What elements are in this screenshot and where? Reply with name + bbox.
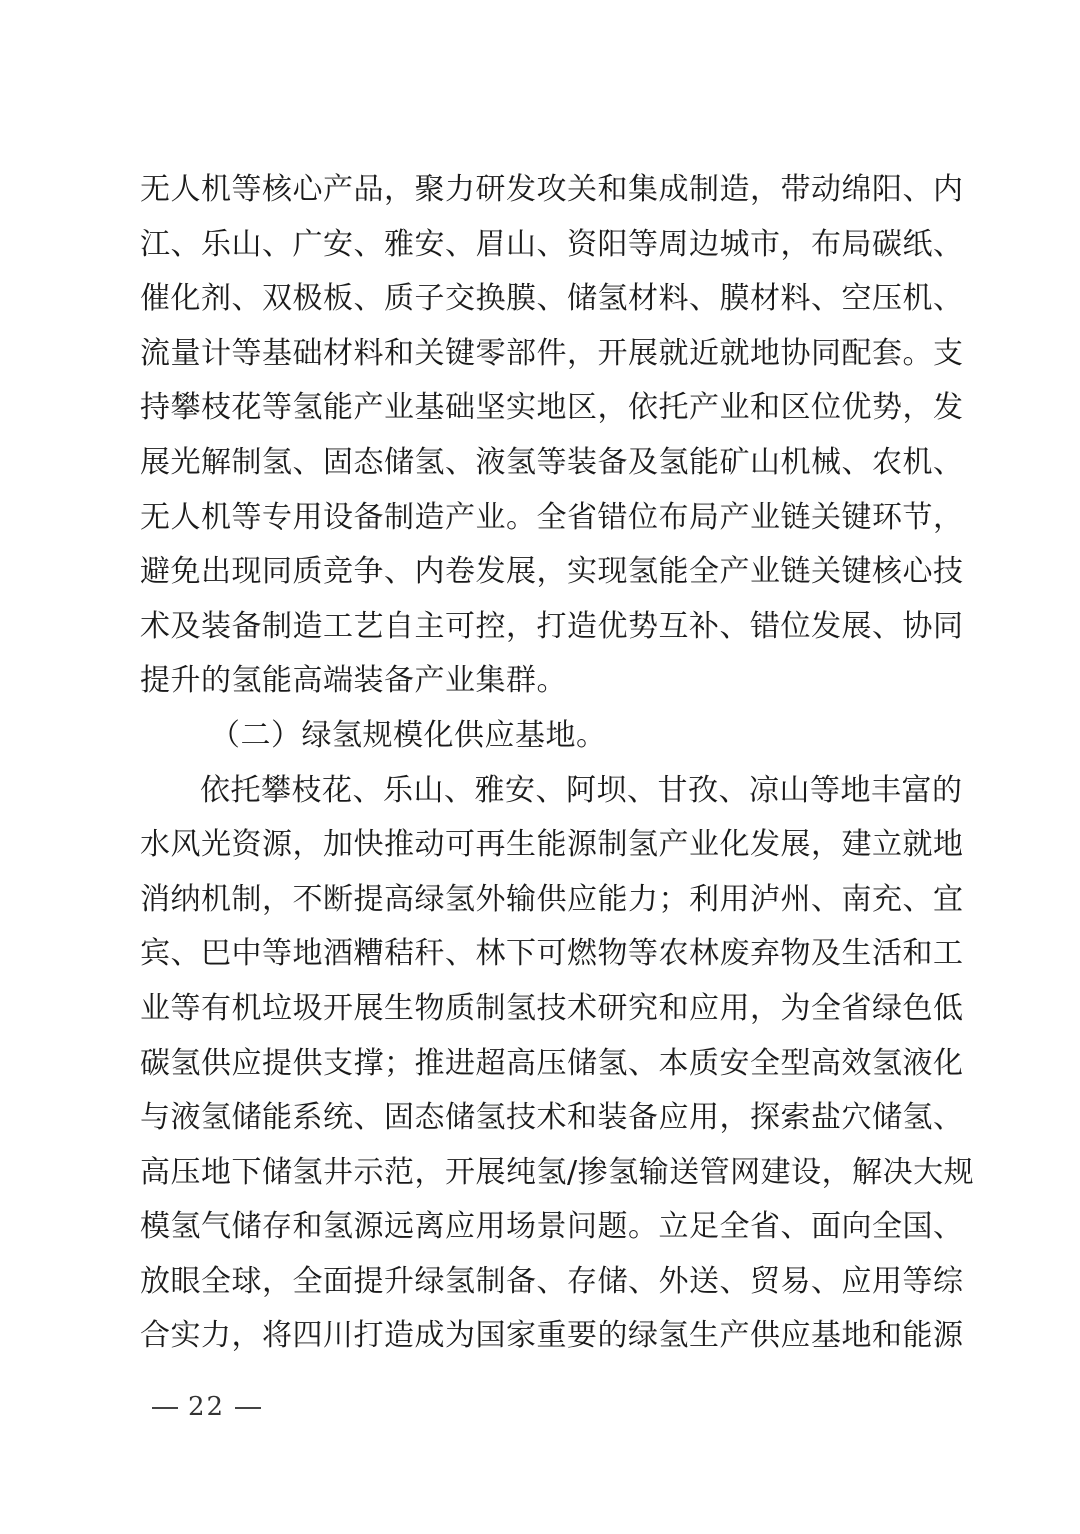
page-footer: 22 bbox=[142, 1392, 271, 1422]
text-line: 合实力，将四川打造成为国家重要的绿氢生产供应基地和能源 bbox=[140, 1309, 942, 1364]
text-line: 宾、巴中等地酒糟秸秆、林下可燃物等农林废弃物及生活和工 bbox=[140, 927, 942, 982]
text-line: 与液氢储能系统、固态储氢技术和装备应用，探索盐穴储氢、 bbox=[140, 1091, 942, 1146]
dash-right bbox=[235, 1407, 261, 1409]
text-line: 展光解制氢、固态储氢、液氢等装备及氢能矿山机械、农机、 bbox=[140, 436, 942, 491]
paragraph-first-line: 依托攀枝花、乐山、雅安、阿坝、甘孜、凉山等地丰富的 bbox=[140, 764, 942, 819]
text-line: 业等有机垃圾开展生物质制氢技术研究和应用，为全省绿色低 bbox=[140, 982, 942, 1037]
text-line: 流量计等基础材料和关键零部件，开展就近就地协同配套。支 bbox=[140, 327, 942, 382]
text-line: 持攀枝花等氢能产业基础坚实地区，依托产业和区位优势，发 bbox=[140, 381, 942, 436]
text-line: 高压地下储氢井示范，开展纯氢/掺氢输送管网建设，解决大规 bbox=[140, 1146, 942, 1201]
text-line: 碳氢供应提供支撑；推进超高压储氢、本质安全型高效氢液化 bbox=[140, 1037, 942, 1092]
text-line: 避免出现同质竞争、内卷发展，实现氢能全产业链关键核心技 bbox=[140, 545, 942, 600]
text-line: 水风光资源，加快推动可再生能源制氢产业化发展，建立就地 bbox=[140, 818, 942, 873]
text-line: 无人机等核心产品，聚力研发攻关和集成制造，带动绵阳、内 bbox=[140, 163, 942, 218]
text-line: 提升的氢能高端装备产业集群。 bbox=[140, 654, 942, 709]
section-heading: （二）绿氢规模化供应基地。 bbox=[140, 709, 942, 764]
text-line: 江、乐山、广安、雅安、眉山、资阳等周边城市，布局碳纸、 bbox=[140, 218, 942, 273]
document-body: 无人机等核心产品，聚力研发攻关和集成制造，带动绵阳、内 江、乐山、广安、雅安、眉… bbox=[140, 163, 942, 1364]
text-line: 无人机等专用设备制造产业。全省错位布局产业链关键环节， bbox=[140, 491, 942, 546]
text-line: 模氢气储存和氢源远离应用场景问题。立足全省、面向全国、 bbox=[140, 1200, 942, 1255]
page-number: 22 bbox=[188, 1392, 225, 1422]
text-line: 术及装备制造工艺自主可控，打造优势互补、错位发展、协同 bbox=[140, 600, 942, 655]
text-line: 放眼全球，全面提升绿氢制备、存储、外送、贸易、应用等综 bbox=[140, 1255, 942, 1310]
dash-left bbox=[152, 1407, 178, 1409]
text-line: 消纳机制，不断提高绿氢外输供应能力；利用泸州、南充、宜 bbox=[140, 873, 942, 928]
text-line: 催化剂、双极板、质子交换膜、储氢材料、膜材料、空压机、 bbox=[140, 272, 942, 327]
